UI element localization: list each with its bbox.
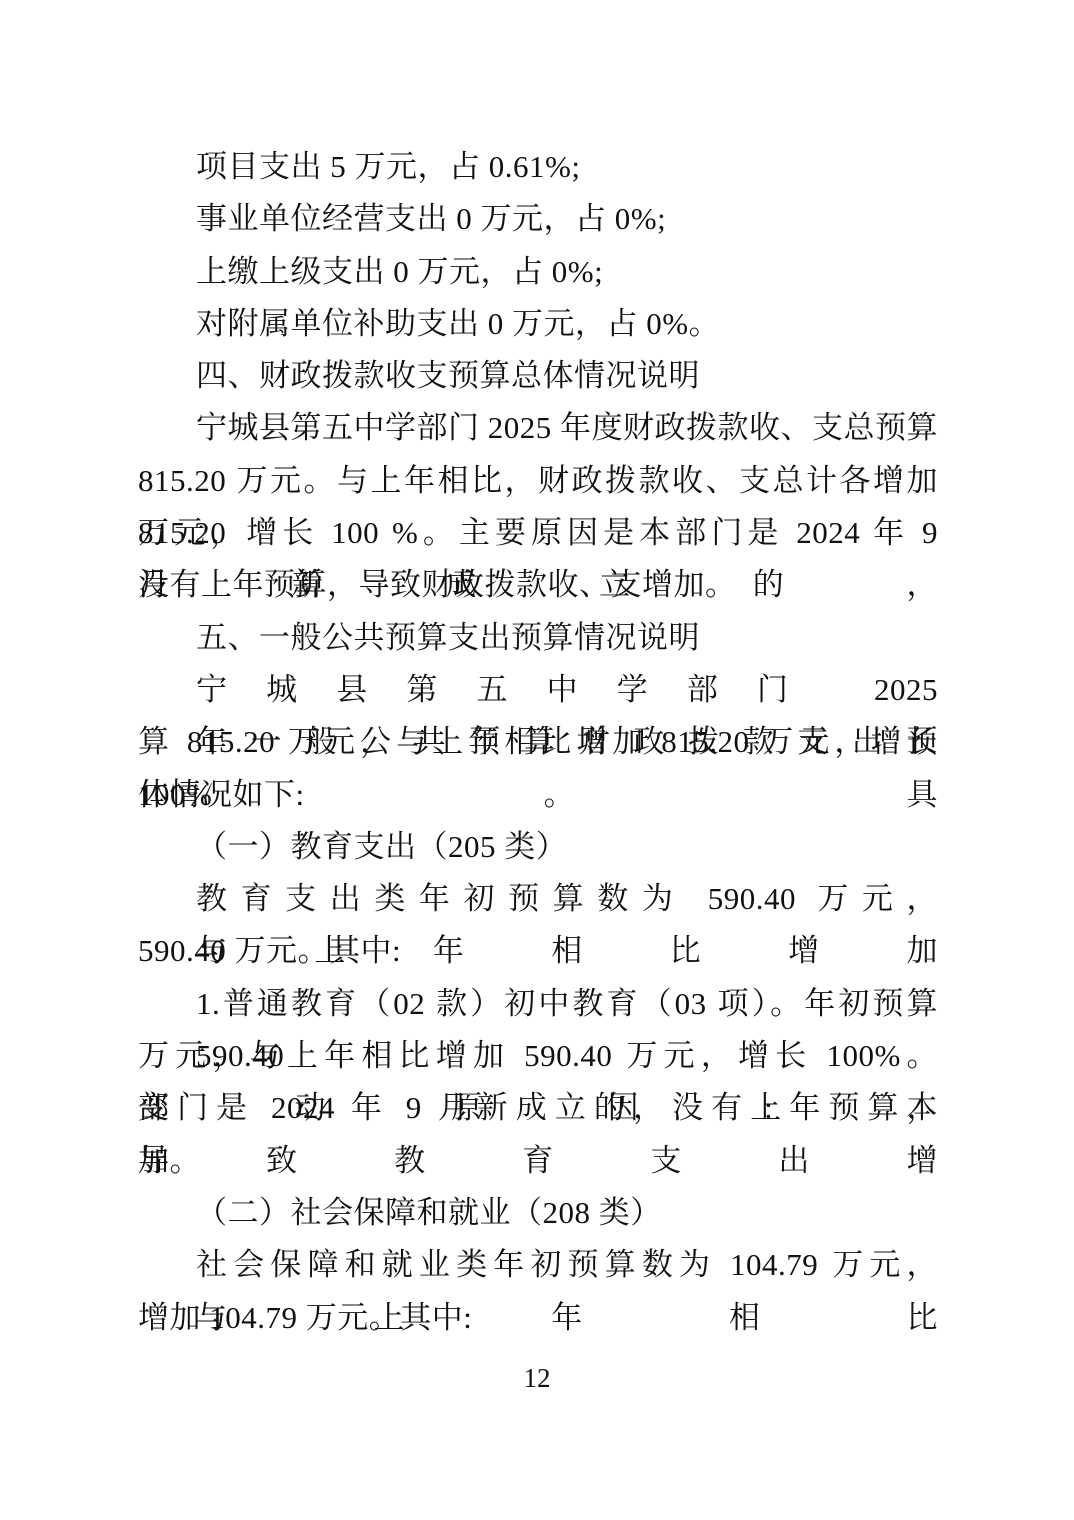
subsection-heading: （一）教育支出（205 类）	[138, 821, 938, 873]
body-text-line: 部门是 2024 年 9 月新成立的，没有上年预算，导致教育支出增	[138, 1082, 938, 1134]
body-text-line: 万元，增长 100 %。主要原因是本部门是 2024 年 9 月新成立的，	[138, 507, 938, 559]
body-text-line: 对附属单位补助支出 0 万元，占 0%。	[138, 298, 938, 350]
body-text-line: 宁城县第五中学部门 2025 年度财政拨款收、支总预算	[138, 402, 938, 454]
subsection-heading: （二）社会保障和就业（208 类）	[138, 1187, 938, 1239]
body-text-line: 事业单位经营支出 0 万元，占 0%;	[138, 193, 938, 245]
body-text-line: 上缴上级支出 0 万元，占 0%;	[138, 246, 938, 298]
body-text-line: 算 815.20 万元，与上年相比增加 815.20 万元，增长 100%。具	[138, 716, 938, 768]
body-text-line: 815.20 万元。与上年相比，财政拨款收、支总计各增加 815.20	[138, 455, 938, 507]
section-heading: 四、财政拨款收支预算总体情况说明	[138, 350, 938, 402]
body-text-line: 项目支出 5 万元，占 0.61%;	[138, 141, 938, 193]
document-body: 项目支出 5 万元，占 0.61%; 事业单位经营支出 0 万元，占 0%; 上…	[138, 141, 938, 1344]
document-page: 项目支出 5 万元，占 0.61%; 事业单位经营支出 0 万元，占 0%; 上…	[0, 0, 1074, 1520]
body-text-line: 1.普通教育（02 款）初中教育（03 项）。年初预算 590.40	[138, 978, 938, 1030]
body-text-line: 万元，与上年相比增加 590.40 万元，增长 100%。变动原因: 本	[138, 1030, 938, 1082]
page-number: 12	[0, 1358, 1074, 1398]
body-text-line: 宁城县第五中学部门 2025 年一般公共预算财政拨款支出预	[138, 664, 938, 716]
body-text-line: 教育支出类年初预算数为 590.40 万元，与上年相比增加	[138, 873, 938, 925]
section-heading: 五、一般公共预算支出预算情况说明	[138, 612, 938, 664]
body-text-line: 社会保障和就业类年初预算数为 104.79 万元，与上年相比	[138, 1239, 938, 1291]
